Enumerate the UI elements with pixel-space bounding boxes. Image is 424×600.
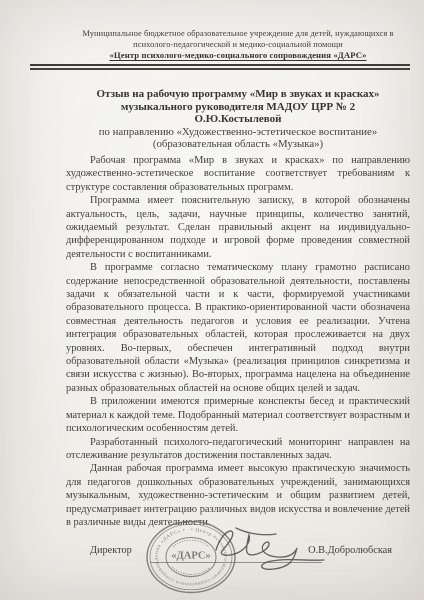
document-body: Рабочая программа «Мир в звуках и краска… <box>66 154 410 529</box>
signature-scribble <box>178 520 328 575</box>
title-author: О.Ю.Костылевой <box>66 113 410 126</box>
scanned-document-page: Муниципальное бюджетное образовательное … <box>0 0 424 600</box>
title-line: (образовательная область «Музыка») <box>66 138 410 151</box>
paragraph: В программе согласно тематическому плану… <box>66 261 410 395</box>
paragraph: Разработанный психолого-педагогический м… <box>66 436 410 463</box>
paragraph: Программа имеет пояснительную записку, в… <box>66 194 410 261</box>
letterhead: Муниципальное бюджетное образовательное … <box>66 28 410 61</box>
signature-role: Директор <box>90 545 132 556</box>
letterhead-line: Муниципальное бюджетное образовательное … <box>66 28 410 39</box>
letterhead-org-name: «Центр психолого-медико-социального сопр… <box>66 50 410 61</box>
title-line: по направлению «Художественно-эстетическ… <box>66 126 410 139</box>
letterhead-line: психолого-педагогической и медико-социал… <box>66 39 410 50</box>
paragraph: В приложении имеются примерные конспекты… <box>66 395 410 435</box>
document-content: Муниципальное бюджетное образовательное … <box>0 0 424 529</box>
letterhead-double-rule <box>30 64 410 70</box>
title-line: Отзыв на рабочую программу «Мир в звуках… <box>66 88 410 101</box>
title-line: музыкального руководителя МАДОУ ЦРР № 2 <box>66 101 410 114</box>
paragraph: Рабочая программа «Мир в звуках и краска… <box>66 154 410 194</box>
document-title: Отзыв на рабочую программу «Мир в звуках… <box>66 88 410 151</box>
